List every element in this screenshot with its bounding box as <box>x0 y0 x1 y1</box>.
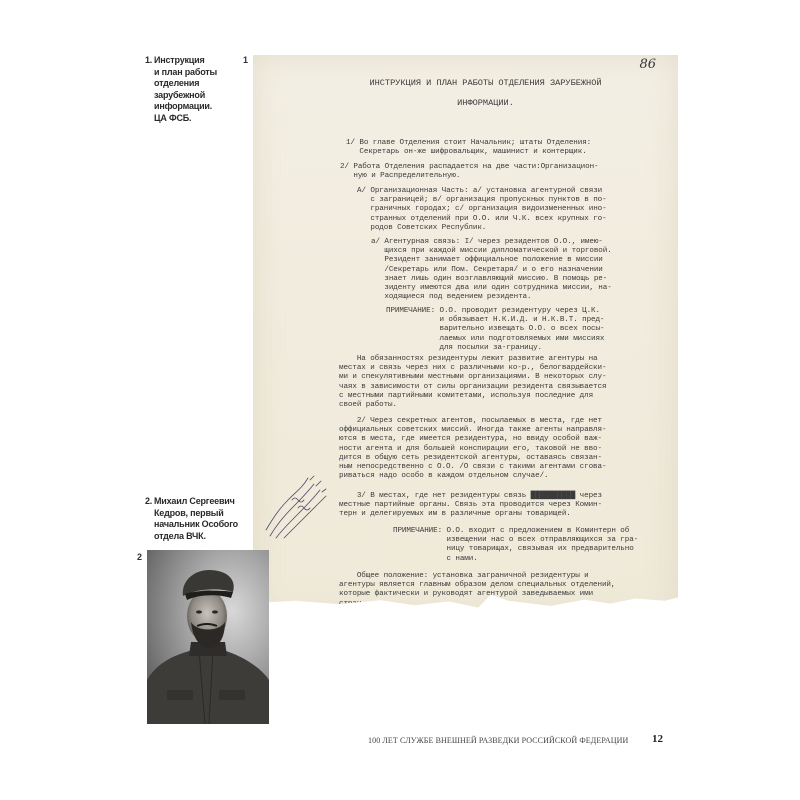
page-number: 12 <box>652 733 663 745</box>
document-title: ИНСТРУКЦИЯ И ПЛАН РАБОТЫ ОТДЕЛЕНИЯ ЗАРУБ… <box>253 73 678 113</box>
paragraph-organizational: А/ Организационная Часть: а/ установка а… <box>357 187 607 233</box>
handwritten-annotation <box>262 470 342 540</box>
paragraph-residency: На обязанностях резидентуры лежит развит… <box>339 355 606 410</box>
note-1: ПРИМЕЧАНИЕ: О.О. проводит резидентуру че… <box>386 307 604 353</box>
caption-number: 1. <box>145 55 152 67</box>
figure-number-1: 1 <box>243 55 248 65</box>
archive-page-number: 86 <box>639 57 656 72</box>
paragraph-agent-link: а/ Агентурная связь: I/ через резидентов… <box>371 238 612 302</box>
paragraph-2: 2/ Работа Отделения распадается на две ч… <box>340 163 599 181</box>
caption-document: 1. Инструкция и план работы отделения за… <box>146 55 246 124</box>
caption-portrait: 2. Михаил Сергеевич Кедров, первый начал… <box>146 496 256 542</box>
paragraph-general: Общее положение: установка заграничной р… <box>339 572 615 664</box>
caption-text: Михаил Сергеевич Кедров, первый начальни… <box>146 496 256 542</box>
portrait-figure <box>147 550 269 724</box>
caption-number: 2. <box>145 496 152 508</box>
paragraph-party-organs: 3/ В местах, где нет резидентуры связь █… <box>339 492 602 520</box>
portrait-photo <box>147 550 269 724</box>
caption-text: Инструкция и план работы отделения заруб… <box>146 55 246 124</box>
figure-number-2: 2 <box>137 552 142 562</box>
note-2: ПРИМЕЧАНИЕ: О.О. входит с предложением в… <box>393 527 638 564</box>
paragraph-secret-agents: 2/ Через секретных агентов, посылаемых в… <box>339 417 606 481</box>
book-title-footer: 100 ЛЕТ СЛУЖБЕ ВНЕШНЕЙ РАЗВЕДКИ РОССИЙСК… <box>368 736 628 745</box>
paragraph-1: 1/ Во главе Отделения стоит Начальник; ш… <box>346 139 591 157</box>
